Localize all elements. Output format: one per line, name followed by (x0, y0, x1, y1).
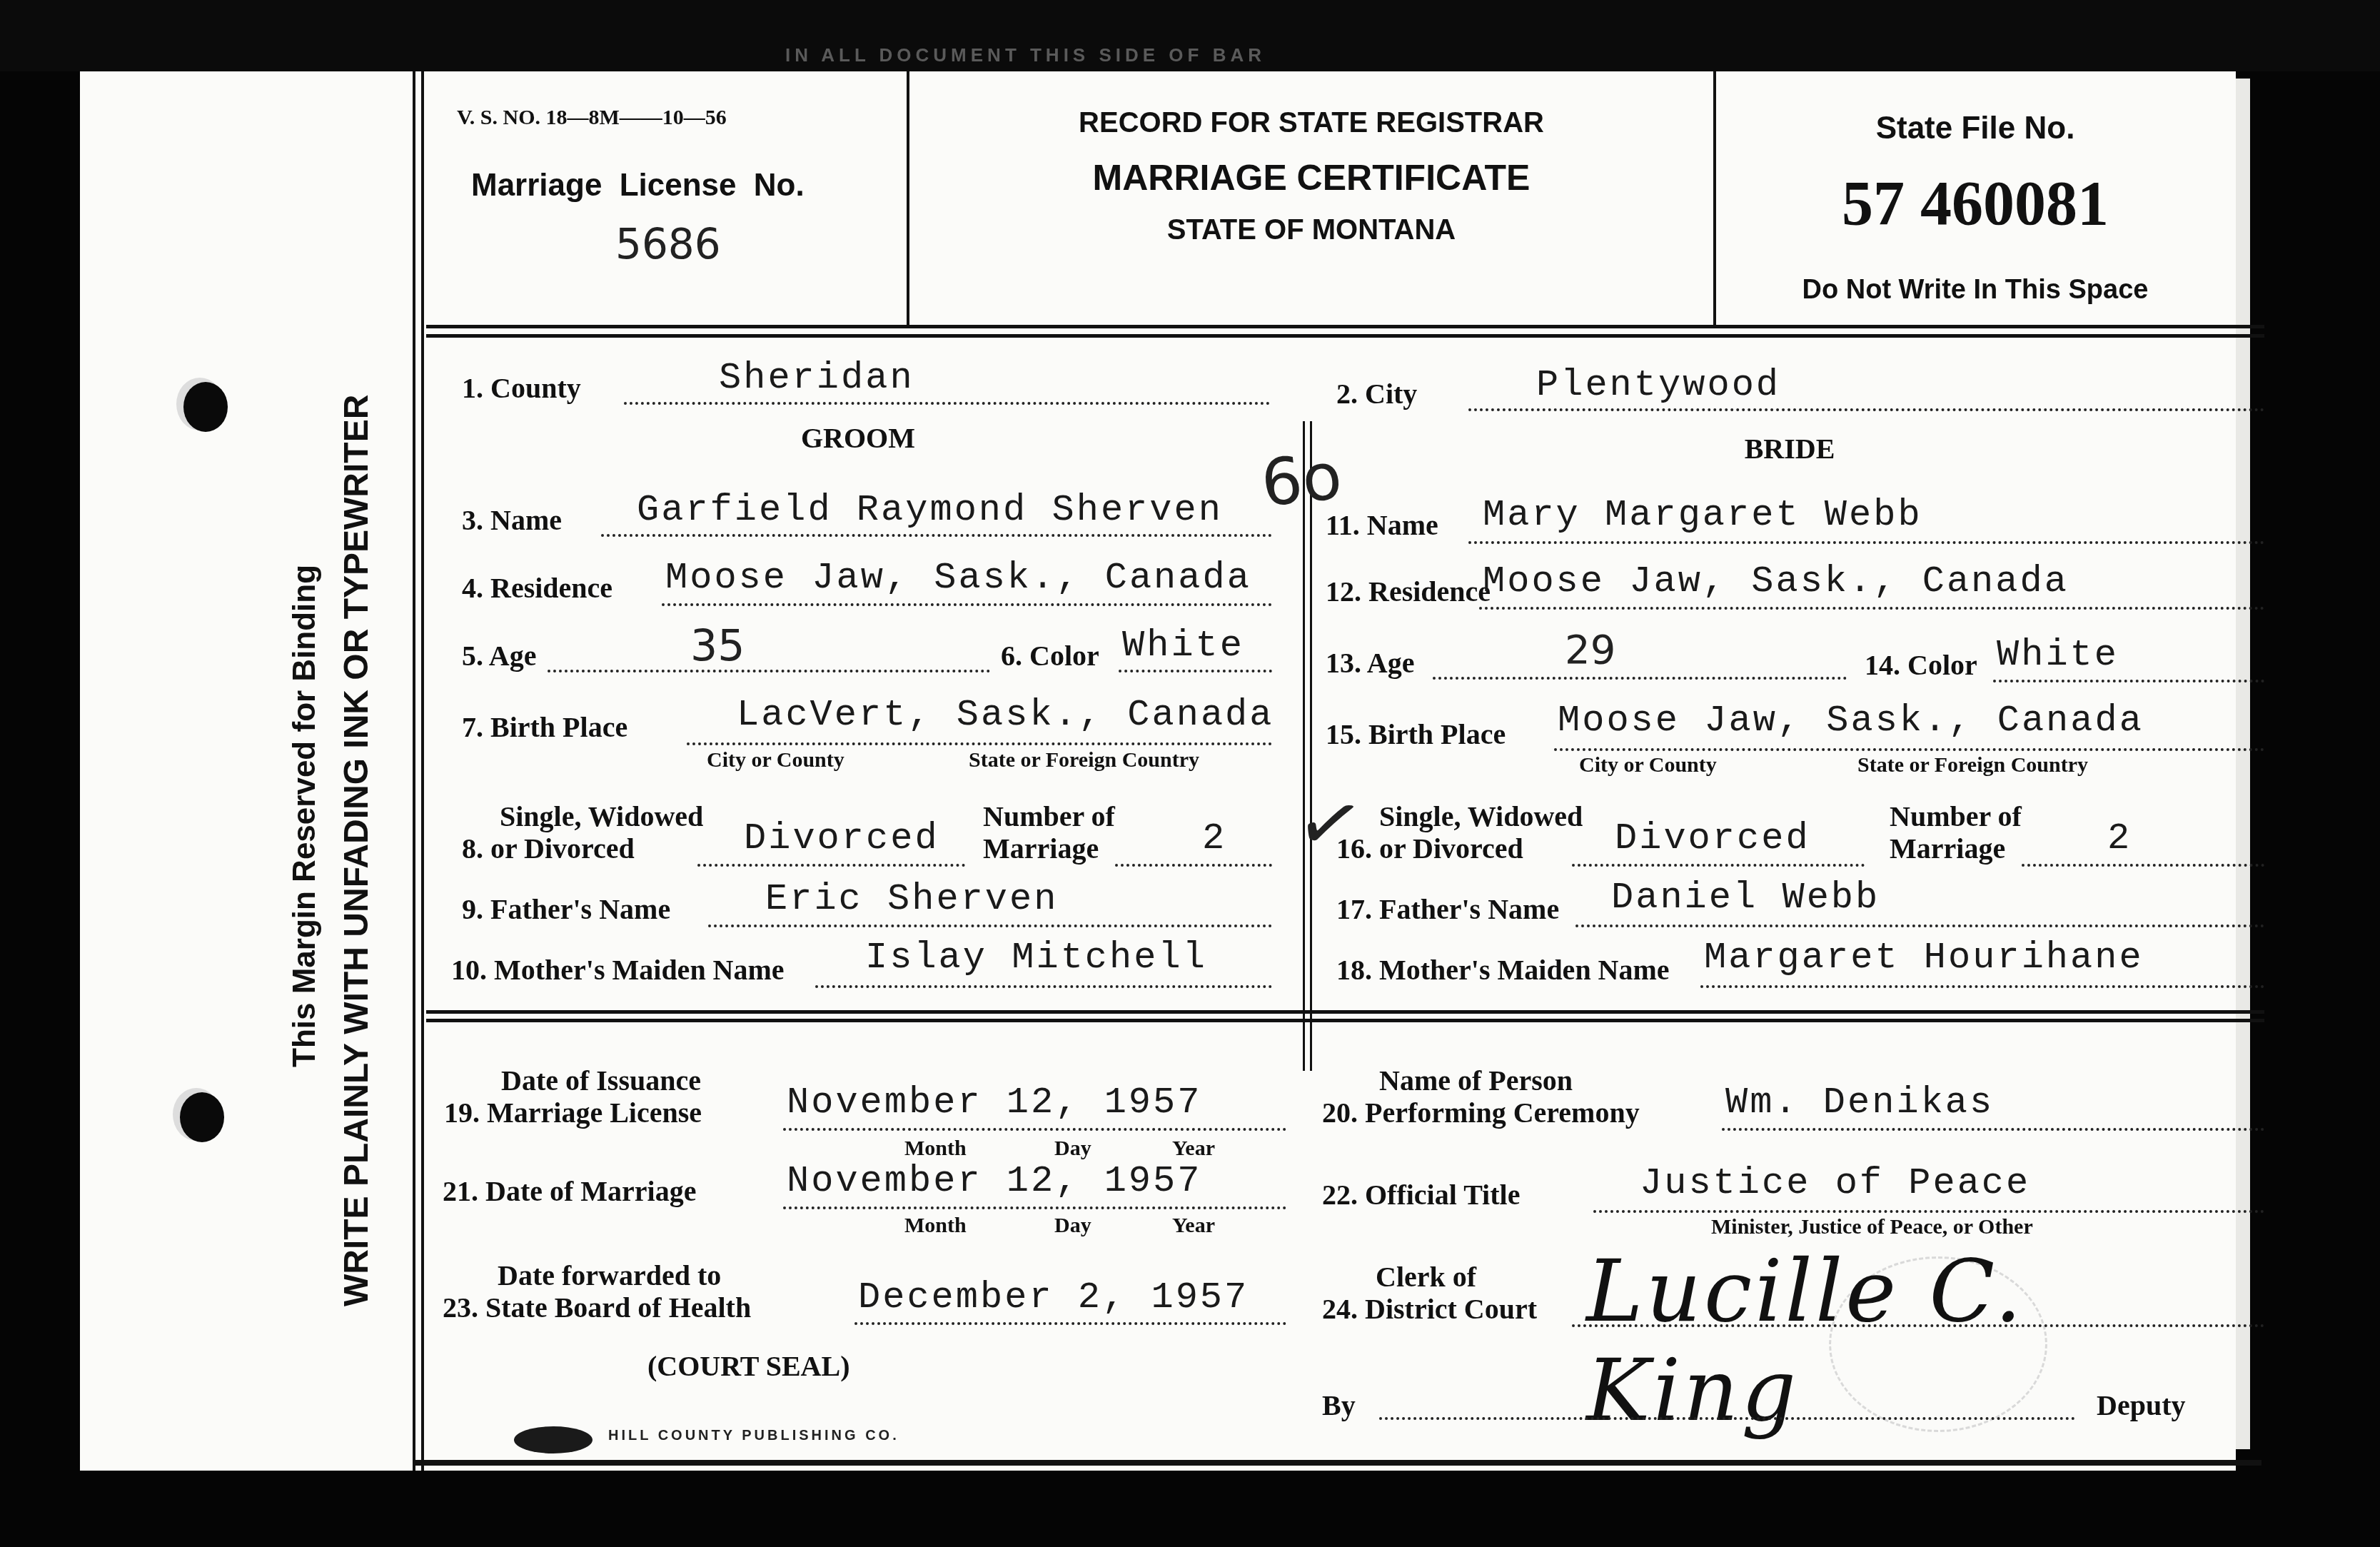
bride-marital-label-2: 16. or Divorced (1336, 832, 1523, 865)
bride-mother-value[interactable]: Margaret Hourihane (1704, 937, 2144, 979)
county-value[interactable]: Sheridan (719, 357, 914, 399)
publisher-logo-icon (514, 1426, 593, 1453)
groom-birthplace-line (687, 742, 1272, 745)
bride-color-value[interactable]: White (1997, 634, 2119, 676)
bride-color-label: 14. Color (1865, 648, 1977, 682)
state-file-label: State File No. (1718, 111, 2232, 146)
bride-father-value[interactable]: Daniel Webb (1611, 877, 1880, 919)
groom-marriage-num-label-1: Number of (983, 800, 1115, 833)
bride-marriage-num-label-2: Marriage (1890, 832, 2005, 865)
bride-residence-value[interactable]: Moose Jaw, Sask., Canada (1483, 560, 2069, 603)
groom-marital-label-1: Single, Widowed (500, 800, 703, 833)
bride-residence-line (1479, 607, 2264, 610)
title-certificate: MARRIAGE CERTIFICATE (912, 157, 1711, 198)
punch-hole-icon (180, 1092, 224, 1142)
bride-age-label: 13. Age (1326, 646, 1414, 680)
county-line (624, 402, 1270, 405)
bride-marriage-num-label-1: Number of (1890, 800, 2022, 833)
bride-age-line (1433, 677, 1847, 680)
officiant-label-1: Name of Person (1379, 1064, 1573, 1097)
margin-instruction: WRITE PLAINLY WITH UNFADING INK OR TYPEW… (337, 395, 376, 1306)
issuance-sub-year: Year (1172, 1137, 1215, 1161)
marriage-sub-day: Day (1054, 1214, 1091, 1238)
bride-marriage-num-value[interactable]: 2 (2107, 817, 2132, 860)
forwarded-line (854, 1322, 1286, 1325)
bride-birthplace-sub-city: City or County (1579, 753, 1717, 777)
groom-name-line (601, 534, 1272, 537)
margin-binding-note: This Margin Reserved for Binding (287, 565, 323, 1067)
groom-marriage-num-label-2: Marriage (983, 832, 1099, 865)
groom-marital-label-2: 8. or Divorced (462, 832, 635, 865)
clerk-label-2: 24. District Court (1322, 1292, 1537, 1326)
certificate-paper: This Margin Reserved for Binding WRITE P… (80, 71, 2236, 1471)
bride-birthplace-sub-country: State or Foreign Country (1857, 753, 2088, 777)
bride-age-value[interactable]: 29 (1565, 627, 1615, 673)
header-divider (907, 71, 909, 325)
license-number: 5686 (615, 220, 721, 268)
column-divider (1303, 421, 1305, 1071)
groom-name-value[interactable]: Garfield Raymond Sherven (637, 489, 1223, 531)
groom-color-line (1119, 670, 1272, 672)
deputy-label: Deputy (2097, 1389, 2185, 1422)
marriage-date-value[interactable]: November 12, 1957 (787, 1160, 1202, 1202)
city-value[interactable]: Plentywood (1536, 364, 1780, 406)
groom-father-label: 9. Father's Name (462, 892, 670, 926)
header-rule (426, 334, 2264, 338)
bride-marital-value[interactable]: Divorced (1615, 817, 1810, 860)
bride-birthplace-label: 15. Birth Place (1326, 717, 1506, 751)
issuance-line (783, 1128, 1286, 1131)
forwarded-label-1: Date forwarded to (498, 1259, 721, 1292)
groom-marriage-num-line (1115, 864, 1272, 867)
bride-marital-label-1: Single, Widowed (1379, 800, 1583, 833)
section-rule (426, 1019, 2264, 1022)
court-seal-label: (COURT SEAL) (647, 1349, 849, 1383)
marriage-date-label: 21. Date of Marriage (443, 1174, 696, 1208)
groom-residence-value[interactable]: Moose Jaw, Sask., Canada (665, 557, 1251, 599)
deputy-line (1379, 1417, 2075, 1420)
issuance-label-1: Date of Issuance (501, 1064, 701, 1097)
header-divider (1713, 71, 1716, 325)
top-strip-text: IN ALL DOCUMENT THIS SIDE OF BAR (785, 44, 1266, 66)
issuance-value[interactable]: November 12, 1957 (787, 1082, 1202, 1124)
city-line (1468, 408, 2264, 411)
groom-age-value[interactable]: 35 (690, 621, 745, 671)
groom-birthplace-sub-city: City or County (707, 748, 844, 772)
by-label: By (1322, 1389, 1356, 1422)
groom-birthplace-sub-country: State or Foreign Country (969, 748, 1199, 772)
bride-marriage-num-line (2022, 864, 2264, 867)
issuance-label-2: 19. Marriage License (444, 1096, 702, 1129)
groom-birthplace-label: 7. Birth Place (462, 710, 627, 744)
bride-heading: BRIDE (1315, 432, 2264, 465)
groom-name-label: 3. Name (462, 503, 562, 537)
officiant-label-2: 20. Performing Ceremony (1322, 1096, 1640, 1129)
license-label: Marriage License No. (471, 168, 805, 203)
bride-name-line (1468, 541, 2264, 544)
groom-age-line (548, 670, 990, 672)
clerk-label-1: Clerk of (1376, 1260, 1476, 1294)
do-not-write-note: Do Not Write In This Space (1718, 275, 2232, 306)
bride-father-label: 17. Father's Name (1336, 892, 1559, 926)
officiant-value[interactable]: Wm. Denikas (1725, 1082, 1994, 1124)
form-number: V. S. NO. 18—8M——10—56 (457, 106, 727, 130)
bride-marital-line (1572, 864, 1865, 867)
groom-mother-label: 10. Mother's Maiden Name (451, 953, 785, 987)
title-state: STATE OF MONTANA (912, 214, 1711, 246)
groom-mother-line (815, 985, 1272, 988)
marriage-date-line (783, 1206, 1286, 1209)
bride-name-value[interactable]: Mary Margaret Webb (1483, 494, 1922, 536)
publisher-name: HILL COUNTY PUBLISHING CO. (608, 1428, 899, 1444)
bride-mother-line (1700, 985, 2264, 988)
groom-residence-label: 4. Residence (462, 571, 612, 605)
groom-father-value[interactable]: Eric Sherven (765, 878, 1058, 920)
column-divider (1310, 421, 1312, 1071)
groom-mother-value[interactable]: Islay Mitchell (865, 937, 1207, 979)
groom-color-value[interactable]: White (1122, 625, 1244, 667)
forwarded-value[interactable]: December 2, 1957 (858, 1276, 1249, 1319)
punch-hole-icon (183, 382, 228, 432)
bride-father-line (1575, 924, 2264, 927)
groom-color-label: 6. Color (1001, 639, 1099, 672)
city-label: 2. City (1336, 377, 1417, 410)
forwarded-label-2: 23. State Board of Health (443, 1291, 751, 1324)
groom-marriage-num-value[interactable]: 2 (1202, 817, 1226, 860)
groom-marital-line (697, 864, 965, 867)
groom-birthplace-value[interactable]: LacVert, Sask., Canada (737, 694, 1274, 736)
groom-father-line (708, 924, 1272, 927)
official-title-label: 22. Official Title (1322, 1178, 1520, 1211)
issuance-sub-month: Month (904, 1137, 967, 1161)
bottom-rule (413, 1460, 2261, 1466)
paper-edge (2236, 79, 2250, 1449)
marriage-sub-year: Year (1172, 1214, 1215, 1238)
groom-marital-value[interactable]: Divorced (744, 817, 939, 860)
bride-birthplace-value[interactable]: Moose Jaw, Sask., Canada (1558, 700, 2144, 742)
issuance-sub-day: Day (1054, 1137, 1091, 1161)
margin-rule (421, 71, 424, 1471)
title-record: RECORD FOR STATE REGISTRAR (912, 107, 1711, 139)
official-title-value[interactable]: Justice of Peace (1640, 1162, 2030, 1204)
state-file-number: 57 460081 (1718, 168, 2232, 240)
bride-mother-label: 18. Mother's Maiden Name (1336, 953, 1670, 987)
official-title-sub: Minister, Justice of Peace, or Other (1711, 1215, 2033, 1239)
groom-age-label: 5. Age (462, 639, 536, 672)
header-rule (426, 325, 2264, 328)
marriage-sub-month: Month (904, 1214, 967, 1238)
margin-rule (413, 71, 415, 1471)
bride-birthplace-line (1554, 748, 2264, 751)
officiant-line (1722, 1128, 2264, 1131)
county-label: 1. County (462, 371, 581, 405)
bride-color-line (1993, 680, 2264, 682)
section-rule (426, 1010, 2264, 1014)
groom-heading: GROOM (426, 421, 1290, 455)
bride-name-label: 11. Name (1326, 508, 1438, 542)
official-title-line (1593, 1210, 2264, 1213)
groom-residence-line (662, 603, 1272, 606)
bride-residence-label: 12. Residence (1326, 575, 1491, 608)
